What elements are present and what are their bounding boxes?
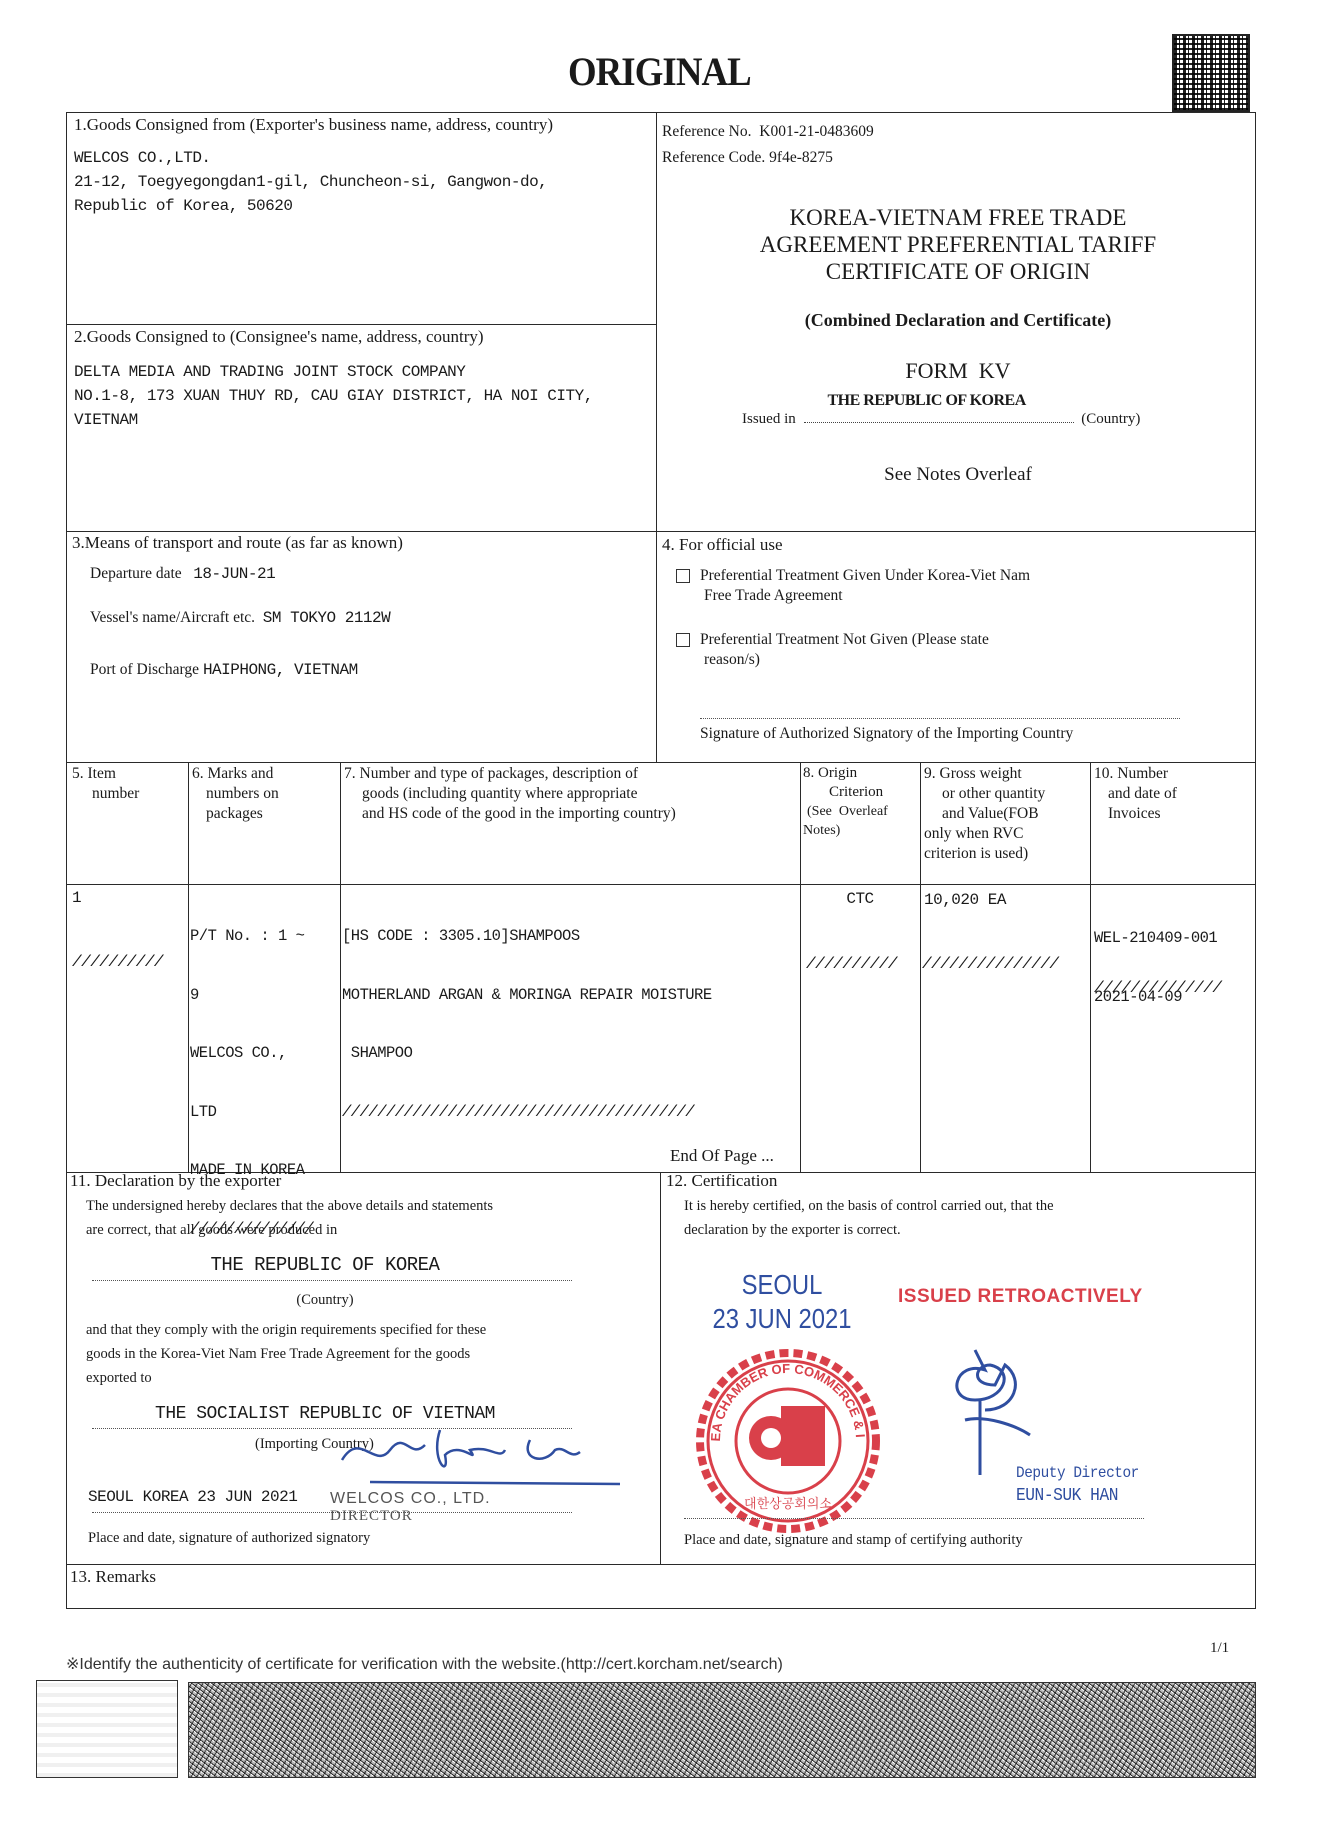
stamp-city: SEOUL — [689, 1268, 876, 1302]
port-of-discharge-value: HAIPHONG, VIETNAM — [203, 661, 358, 679]
certifier-title: Deputy Director — [1016, 1464, 1139, 1482]
header-weight-line3: and Value(FOB — [924, 804, 1045, 824]
document-title: ORIGINAL — [568, 48, 751, 95]
exporter-address-line1: 21-12, Toegyegongdan1-gil, Chuncheon-si,… — [74, 172, 547, 192]
exporter-address-line2: Republic of Korea, 50620 — [74, 196, 292, 216]
option-preferential-given[interactable]: Preferential Treatment Given Under Korea… — [676, 566, 1030, 606]
declaration-text: The undersigned hereby declares that the… — [86, 1194, 493, 1242]
header-weight-line5: criterion is used) — [924, 844, 1045, 864]
header-weight-line2: or other quantity — [924, 784, 1045, 804]
see-notes: See Notes Overleaf — [660, 464, 1256, 486]
departure-date-value: 18-JUN-21 — [193, 565, 275, 583]
exporter-signature-caption: Place and date, signature of authorized … — [88, 1530, 370, 1547]
exporter-place-date: SEOUL KOREA 23 JUN 2021 — [88, 1488, 297, 1506]
header-invoice: 10. Number and date of Invoices — [1094, 764, 1177, 824]
issued-in-country: THE REPUBLIC OF KOREA — [828, 392, 1026, 410]
declaration-line3: and that they comply with the origin req… — [86, 1318, 486, 1342]
exporter-name: WELCOS CO.,LTD. — [74, 148, 211, 168]
exporter-signature-icon — [330, 1420, 630, 1490]
origin-slash: ////////// — [806, 954, 897, 974]
form-name: FORM KV — [660, 358, 1256, 384]
page-number: 1/1 — [1210, 1640, 1229, 1657]
retroactive-stamp: ISSUED RETROACTIVELY — [898, 1286, 1143, 1308]
importing-signature-caption: Signature of Authorized Signatory of the… — [700, 724, 1073, 744]
box13-label: 13. Remarks — [70, 1566, 156, 1587]
departure-date-label: Departure date — [90, 565, 182, 582]
vessel-name-value: SM TOKYO 2112W — [263, 609, 390, 627]
certifying-signature-caption: Place and date, signature and stamp of c… — [684, 1532, 1023, 1549]
issued-in-suffix: (Country) — [1081, 411, 1140, 427]
invoice-number-date: WEL-210409-001 2021-04-09 — [1094, 890, 1217, 1027]
header-invoice-line1: 10. Number — [1094, 764, 1177, 784]
country-caption: (Country) — [90, 1292, 560, 1309]
gross-weight-quantity: 10,020 EA — [924, 890, 1006, 910]
port-of-discharge: Port of Discharge HAIPHONG, VIETNAM — [90, 660, 358, 680]
box3-label: 3.Means of transport and route (as far a… — [72, 532, 403, 553]
checkbox-preferential-given[interactable] — [676, 569, 690, 583]
goods-description: [HS CODE : 3305.10]SHAMPOOS MOTHERLAND A… — [342, 888, 712, 1142]
box2-label: 2.Goods Consigned to (Consignee's name, … — [74, 326, 484, 347]
reference-no-label: Reference No. — [662, 123, 752, 140]
header-invoice-line3: Invoices — [1094, 804, 1177, 824]
description-slash: //////////////////////////////////////// — [342, 1103, 712, 1123]
reference-code-label: Reference Code. — [662, 149, 765, 166]
product-name-line1: MOTHERLAND ARGAN & MORINGA REPAIR MOISTU… — [342, 986, 712, 1006]
certification-line2: declaration by the exporter is correct. — [684, 1218, 1054, 1242]
product-name-line2: SHAMPOO — [342, 1044, 712, 1064]
verification-note[interactable]: ※Identify the authenticity of certificat… — [66, 1654, 783, 1674]
declaration-line2: are correct, that all goods were produce… — [86, 1218, 493, 1242]
header-desc-line2: goods (including quantity where appropri… — [344, 784, 676, 804]
header-description: 7. Number and type of packages, descript… — [344, 764, 676, 824]
header-invoice-line2: and date of — [1094, 784, 1177, 804]
header-weight-line1: 9. Gross weight — [924, 764, 1045, 784]
option2-line2: reason/s) — [704, 651, 760, 668]
consignee-address-line2: VIETNAM — [74, 410, 138, 430]
port-of-discharge-label: Port of Discharge — [90, 661, 199, 678]
marks-line3: WELCOS CO., — [190, 1044, 313, 1064]
issued-in-label: Issued in — [742, 411, 796, 427]
header-marks-line3: packages — [192, 804, 279, 824]
option1-line2: Free Trade Agreement — [704, 587, 843, 604]
header-origin: 8. Origin Criterion (See Overleaf Notes) — [803, 764, 888, 840]
header-item-number: 5. Item number — [72, 764, 139, 804]
origin-criterion: CTC — [800, 890, 920, 908]
option2-line1: Preferential Treatment Not Given (Please… — [700, 631, 989, 648]
item-number: 1 — [72, 888, 81, 908]
hs-code-line: [HS CODE : 3305.10]SHAMPOOS — [342, 927, 712, 947]
marks-line4: LTD — [190, 1103, 313, 1123]
option-preferential-not-given[interactable]: Preferential Treatment Not Given (Please… — [676, 630, 989, 670]
exporter-company-stamp: WELCOS CO., LTD. — [330, 1490, 491, 1508]
certifier-name: EUN-SUK HAN — [1016, 1486, 1118, 1506]
chamber-seal-icon: THE KOREA CHAMBER OF COMMERCE & INDUSTRY… — [695, 1348, 881, 1534]
header-origin-line4: Notes) — [803, 821, 888, 840]
exporter-company-title: DIRECTOR — [330, 1508, 413, 1525]
declaration-line4: goods in the Korea-Viet Nam Free Trade A… — [86, 1342, 486, 1366]
reference-no-value: K001-21-0483609 — [759, 123, 874, 140]
marks-line1: P/T No. : 1 ~ — [190, 927, 313, 947]
item-number-slash: ////////// — [72, 952, 163, 972]
certificate-title: KOREA-VIETNAM FREE TRADE AGREEMENT PREFE… — [660, 204, 1256, 285]
declaration-line1: The undersigned hereby declares that the… — [86, 1194, 493, 1218]
certificate-subtitle: (Combined Declaration and Certificate) — [660, 310, 1256, 331]
header-item-line2: number — [72, 784, 139, 804]
invoice-slash: ////////////// — [1094, 978, 1221, 998]
header-weight-line4: only when RVC — [924, 824, 1045, 844]
consignee-name: DELTA MEDIA AND TRADING JOINT STOCK COMP… — [74, 362, 465, 382]
reference-code: Reference Code. 9f4e-8275 — [662, 148, 833, 168]
header-marks: 6. Marks and numbers on packages — [192, 764, 279, 824]
reference-code-value: 9f4e-8275 — [769, 149, 833, 166]
box11-label: 11. Declaration by the exporter — [70, 1170, 281, 1191]
header-desc-line1: 7. Number and type of packages, descript… — [344, 764, 676, 784]
date-stamp: SEOUL 23 JUN 2021 — [689, 1268, 876, 1336]
certification-text: It is hereby certified, on the basis of … — [684, 1194, 1054, 1242]
header-origin-line3: (See Overleaf — [803, 802, 888, 821]
producing-country: THE REPUBLIC OF KOREA — [90, 1254, 560, 1276]
invoice-number: WEL-210409-001 — [1094, 929, 1217, 949]
option1-line1: Preferential Treatment Given Under Korea… — [700, 567, 1030, 584]
departure-date: Departure date 18-JUN-21 — [90, 564, 275, 584]
header-item-line1: 5. Item — [72, 764, 139, 784]
stamp-date: 23 JUN 2021 — [689, 1302, 876, 1336]
title-line2: AGREEMENT PREFERENTIAL TARIFF — [660, 231, 1256, 258]
qr-code-icon — [1172, 34, 1250, 112]
vessel-name-label: Vessel's name/Aircraft etc. — [90, 609, 255, 626]
box1-label: 1.Goods Consigned from (Exporter's busin… — [74, 114, 553, 135]
security-code-small — [36, 1680, 178, 1778]
marks-line2: 9 — [190, 986, 313, 1006]
end-of-page: End Of Page ... — [670, 1146, 774, 1166]
vessel-name: Vessel's name/Aircraft etc. SM TOKYO 211… — [90, 608, 390, 628]
header-origin-line2: Criterion — [803, 783, 888, 802]
checkbox-preferential-not-given[interactable] — [676, 633, 690, 647]
header-marks-line2: numbers on — [192, 784, 279, 804]
reference-no: Reference No. K001-21-0483609 — [662, 122, 874, 142]
header-desc-line3: and HS code of the good in the importing… — [344, 804, 676, 824]
header-marks-line1: 6. Marks and — [192, 764, 279, 784]
security-pattern — [188, 1682, 1256, 1778]
certification-line1: It is hereby certified, on the basis of … — [684, 1194, 1054, 1218]
title-line1: KOREA-VIETNAM FREE TRADE — [660, 204, 1256, 231]
title-line3: CERTIFICATE OF ORIGIN — [660, 258, 1256, 285]
weight-slash: /////////////// — [922, 954, 1059, 974]
header-origin-line1: 8. Origin — [803, 764, 888, 783]
issued-in: Issued in THE REPUBLIC OF KOREA (Country… — [742, 408, 1172, 428]
declaration-text-continued: and that they comply with the origin req… — [86, 1318, 486, 1390]
box12-label: 12. Certification — [666, 1170, 777, 1191]
svg-text:대한상공회의소: 대한상공회의소 — [744, 1496, 832, 1512]
box4-label: 4. For official use — [662, 534, 783, 555]
certifier-signature-icon — [935, 1340, 1055, 1480]
declaration-line5: exported to — [86, 1366, 486, 1390]
consignee-address-line1: NO.1-8, 173 XUAN THUY RD, CAU GIAY DISTR… — [74, 386, 593, 406]
header-weight: 9. Gross weight or other quantity and Va… — [924, 764, 1045, 864]
